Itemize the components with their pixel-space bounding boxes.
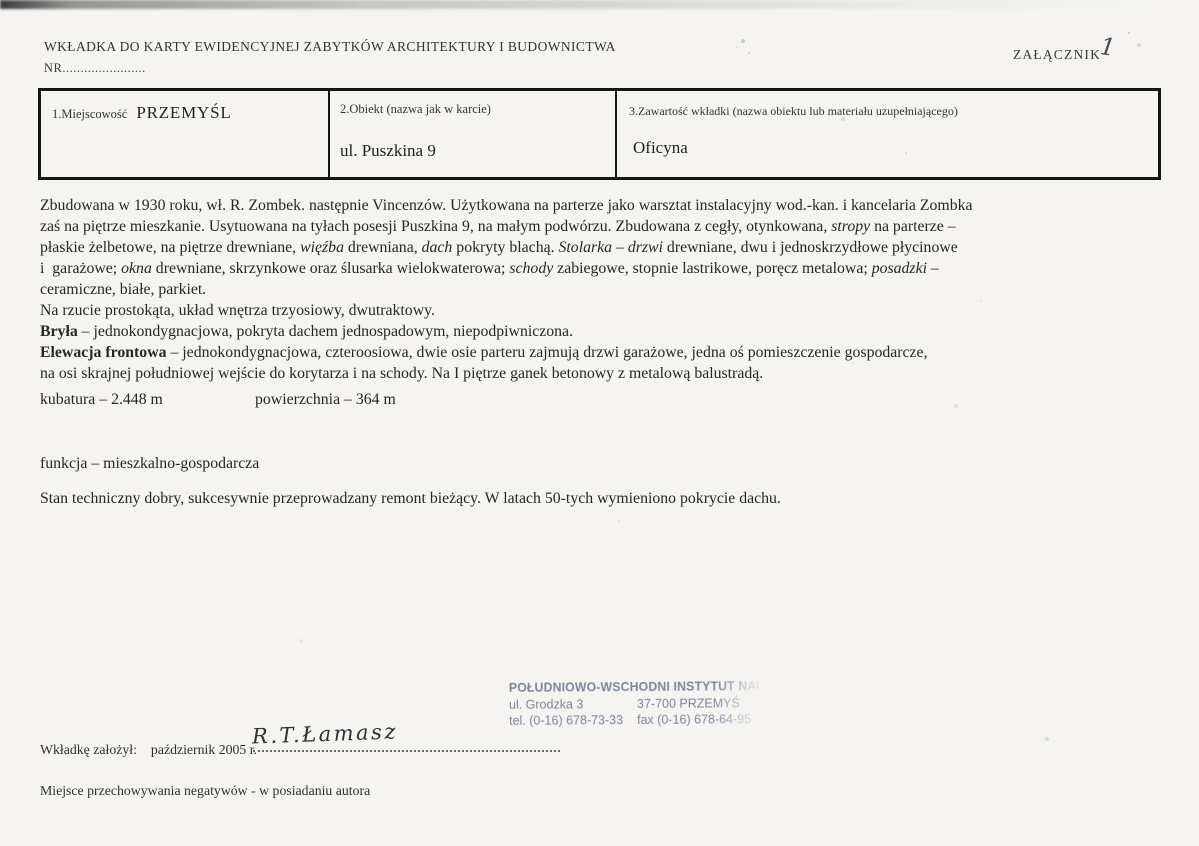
stamp-fax: fax (0-16) 678-64-95 [637, 712, 751, 727]
body-text: Zbudowana w 1930 roku, wł. R. Zombek. na… [40, 195, 1165, 384]
body-line: na osi skrajnej południowej wejście do k… [40, 363, 1165, 384]
stamp-phone-row: tel. (0-16) 678-73-33 fax (0-16) 678-64-… [509, 712, 759, 728]
negatives-storage-note: Miejsce przechowywania negatywów - w pos… [40, 783, 370, 799]
stan-techniczny-text: Stan techniczny dobry, sukcesywnie przep… [40, 490, 781, 508]
stamp-street: ul. Grodzka 3 [509, 696, 637, 711]
body-line: Bryła – jednokondygnacjowa, pokryta dach… [40, 321, 1165, 342]
cell-content: 1.MiejscowośćPRZEMYŚL [52, 103, 232, 123]
body-line: zaś na piętrze mieszkanie. Usytuowana na… [40, 216, 1165, 237]
cell-value: Oficyna [633, 138, 688, 158]
founder-line: Wkładkę założył:październik 2005 r. [40, 742, 257, 758]
scan-noise-specks [0, 0, 2, 2]
stamp-institute-name: POŁUDNIOWO-WSCHODNI INSTYTUT NAUKOW [509, 678, 744, 695]
body-line: ceramiczne, białe, parkiet. [40, 279, 1165, 300]
cell-label: 1.Miejscowość [52, 107, 127, 121]
id-table: 1.MiejscowośćPRZEMYŚL 2.Obiekt (nazwa ja… [38, 88, 1161, 180]
kubatura-value: kubatura – 2.448 m [40, 391, 163, 409]
stamp-address-row: ul. Grodzka 3 37-700 PRZEMYŚ [509, 696, 759, 712]
founder-label: Wkładkę założył: [40, 742, 137, 757]
scan-edge-artifact [0, 0, 1199, 9]
body-line: Elewacja frontowa – jednokondygnacjowa, … [40, 342, 1165, 363]
attachment-label: ZAŁĄCZNIK [1013, 47, 1101, 63]
signature-dotted-line [253, 739, 560, 752]
body-line: Zbudowana w 1930 roku, wł. R. Zombek. na… [40, 195, 1165, 216]
attachment-number-handwritten: 1 [1098, 32, 1117, 62]
stamp-tel: tel. (0-16) 678-73-33 [509, 713, 637, 728]
body-line: i garażowe; okna drewniane, skrzynkowe o… [40, 258, 1165, 279]
funkcja-value: funkcja – mieszkalno-gospodarcza [40, 455, 259, 473]
nr-field: NR....................... [44, 61, 146, 76]
table-cell-miejscowosc: 1.MiejscowośćPRZEMYŚL [41, 91, 328, 177]
institute-stamp: POŁUDNIOWO-WSCHODNI INSTYTUT NAUKOW ul. … [509, 678, 759, 728]
document-title: WKŁADKA DO KARTY EWIDENCYJNEJ ZABYTKÓW A… [44, 39, 616, 55]
table-cell-obiekt: 2.Obiekt (nazwa jak w karcie) ul. Puszki… [328, 91, 615, 177]
table-cell-zawartosc: 3.Zawartość wkładki (nazwa obiektu lub m… [615, 91, 1158, 177]
body-line: Na rzucie prostokąta, układ wnętrza trzy… [40, 300, 1165, 321]
powierzchnia-value: powierzchnia – 364 m [255, 391, 396, 409]
cell-label: 2.Obiekt (nazwa jak w karcie) [340, 102, 491, 117]
cell-value: ul. Puszkina 9 [340, 141, 436, 161]
founder-date: październik 2005 r. [151, 742, 257, 757]
body-line: płaskie żelbetowe, na piętrze drewniane,… [40, 237, 1165, 258]
stamp-postal: 37-700 PRZEMYŚ [637, 696, 740, 711]
cell-value: PRZEMYŚL [136, 103, 231, 122]
cell-label: 3.Zawartość wkładki (nazwa obiektu lub m… [629, 104, 958, 119]
